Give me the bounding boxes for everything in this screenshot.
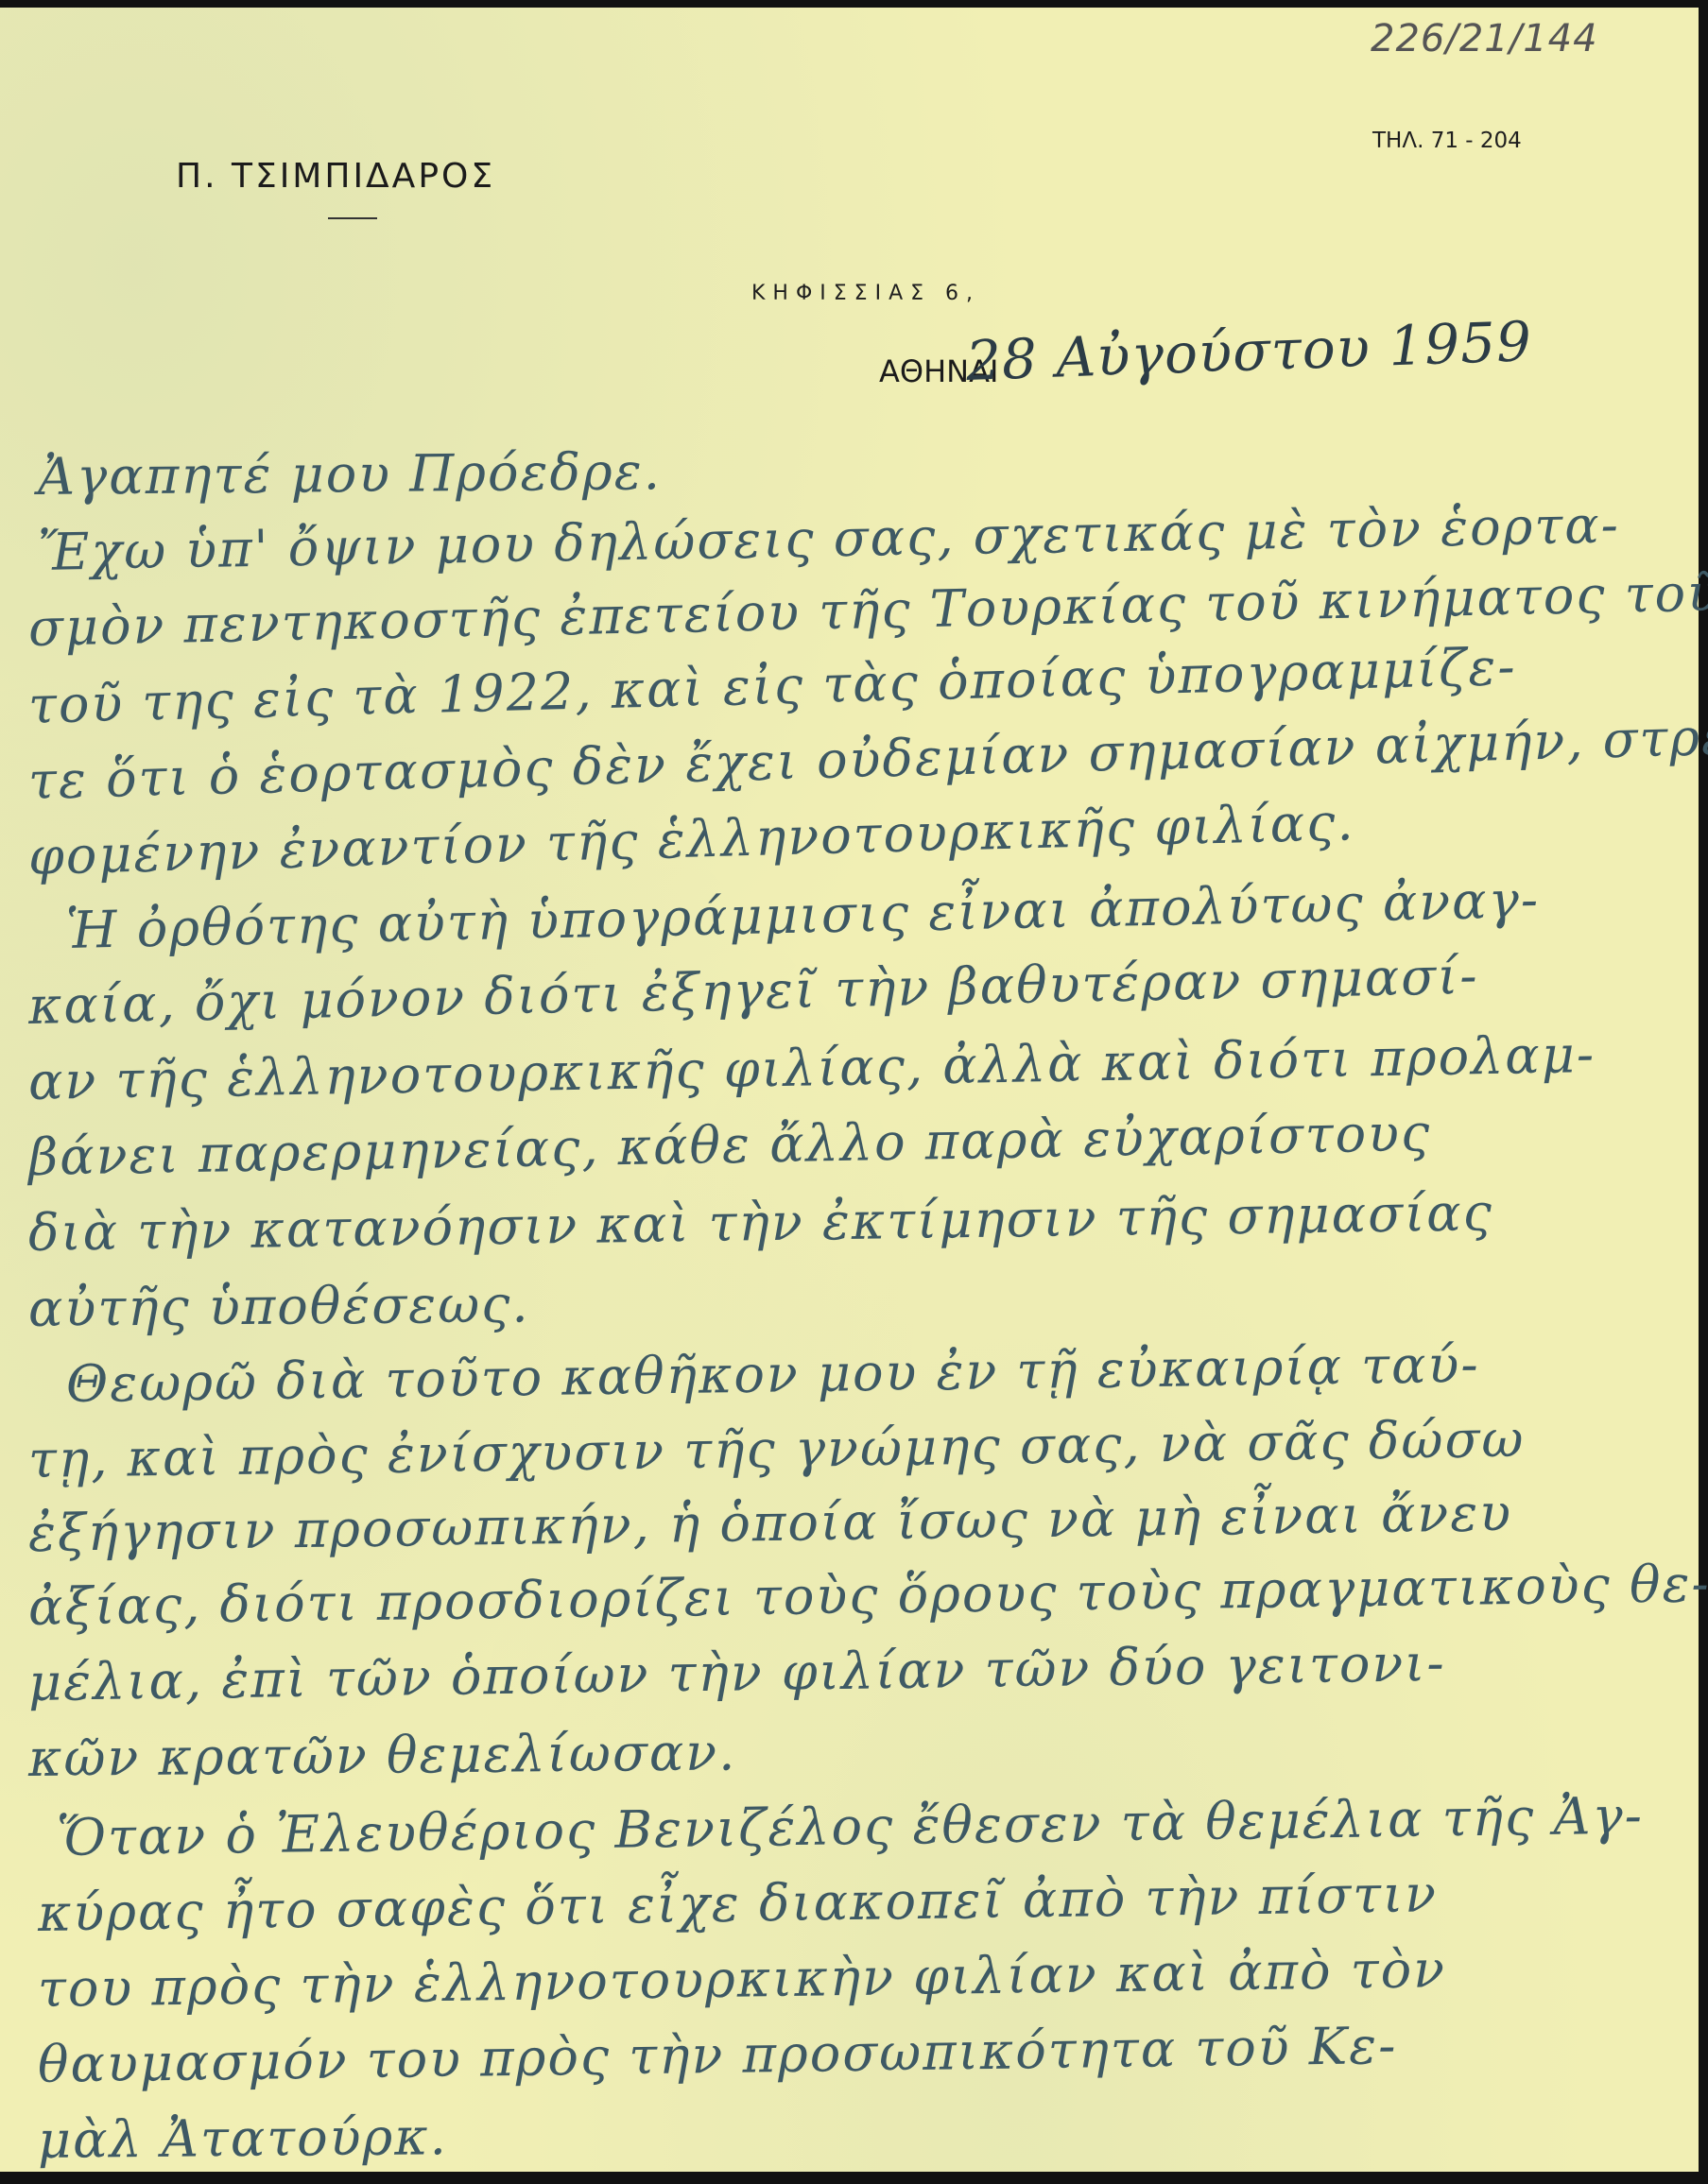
letterhead-address: ΚΗΦΙΣΣΙΑΣ 6, bbox=[751, 282, 980, 305]
letterhead-sender-name: Π. ΤΣΙΜΠΙΔΑΡΟΣ bbox=[176, 157, 495, 196]
letter-line: βάνει παρερμηνείας, κάθε ἄλλο παρὰ εὐχαρ… bbox=[28, 1108, 1432, 1183]
letter-line: θαυμασμόν του πρὸς τὴν προσωπικότητα τοῦ… bbox=[38, 2021, 1398, 2090]
salutation: Ἀγαπητέ μου Πρόεδρε. bbox=[38, 446, 662, 503]
letter-line: μὰλ Ἀτατούρκ. bbox=[38, 2111, 448, 2166]
letter-line: ἀξίας, διότι προσδιορίζει τοὺς ὅρους τοὺ… bbox=[28, 1558, 1708, 1633]
archive-reference-number: 226/21/144 bbox=[1371, 17, 1598, 60]
handwritten-date: 28 Αὐγούστου 1959 bbox=[965, 309, 1533, 393]
letter-line: διὰ τὴν κατανόησιν καὶ τὴν ἐκτίμησιν τῆς… bbox=[28, 1187, 1494, 1259]
letter-line: φομένην ἐναντίον τῆς ἑλληνοτουρκικῆς φιλ… bbox=[27, 797, 1355, 883]
letter-line: μέλια, ἐπὶ τῶν ὁποίων τὴν φιλίαν τῶν δύο… bbox=[28, 1638, 1446, 1709]
letter-line: κύρας ἦτο σαφὲς ὅτι εἶχε διακοπεῖ ἀπὸ τὴ… bbox=[38, 1868, 1439, 1939]
letter-line: Ὅταν ὁ Ἐλευθέριος Βενιζέλος ἔθεσεν τὰ θε… bbox=[57, 1791, 1645, 1864]
letter-line: ἐξήγησιν προσωπικήν, ἡ ὁποία ἴσως νὰ μὴ … bbox=[28, 1488, 1513, 1559]
letter-line: κῶν κρατῶν θεμελίωσαν. bbox=[28, 1727, 737, 1784]
letterhead-phone: ΤΗΛ. 71 - 204 bbox=[1372, 129, 1522, 153]
letter-line: του πρὸς τὴν ἑλληνοτουρκικὴν φιλίαν καὶ … bbox=[38, 1944, 1447, 2015]
letter-line: καία, ὄχι μόνον διότι ἐξηγεῖ τὴν βαθυτέρ… bbox=[27, 951, 1479, 1032]
letter-line: τῃ, καὶ πρὸς ἐνίσχυσιν τῆς γνώμης σας, ν… bbox=[28, 1414, 1526, 1486]
letter-line: Ἡ ὀρθότης αὐτὴ ὑπογράμμισις εἶναι ἀπολύτ… bbox=[65, 874, 1540, 956]
letter-line: αὐτῆς ὑποθέσεως. bbox=[28, 1279, 530, 1334]
letter-line: αν τῆς ἑλληνοτουρκικῆς φιλίας, ἀλλὰ καὶ … bbox=[28, 1029, 1596, 1108]
letter-line: Θεωρῶ διὰ τοῦτο καθῆκον μου ἐν τῇ εὐκαιρ… bbox=[66, 1339, 1480, 1410]
letter-line: Ἔχω ὑπ' ὄψιν μου δηλώσεις σας, σχετικάς … bbox=[38, 500, 1621, 578]
letter-paper: 226/21/144 ΤΗΛ. 71 - 204 Π. ΤΣΙΜΠΙΔΑΡΟΣ … bbox=[0, 8, 1699, 2172]
letterhead-divider bbox=[328, 217, 377, 219]
